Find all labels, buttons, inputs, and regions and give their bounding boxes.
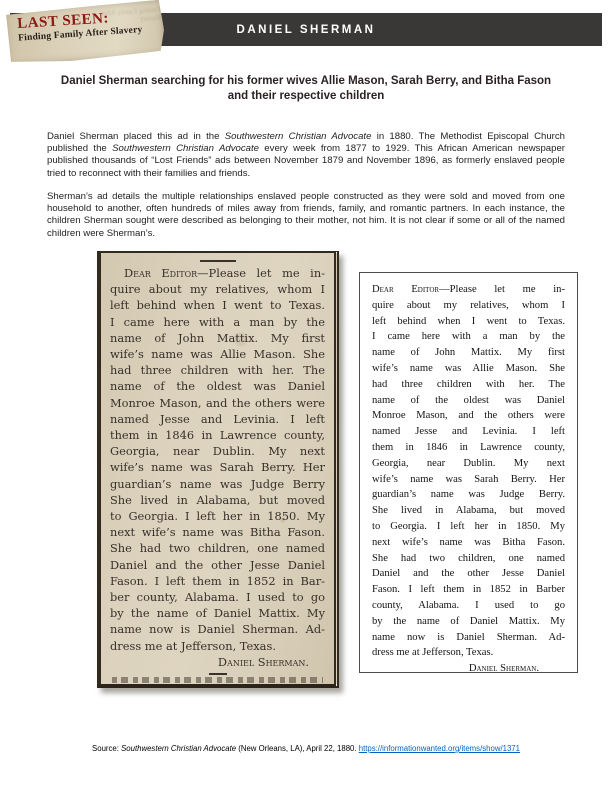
text-line: She lived in Alabama, but moved: [110, 492, 325, 508]
clipping-top-rule: [200, 260, 236, 262]
newspaper-clipping-scan: Dear Editor—Please let me in-quire about…: [97, 251, 339, 688]
text-line: wife’s name was Allie Mason. She: [110, 346, 325, 362]
text-line: guardian’s name was Judge Berry.: [372, 487, 565, 503]
text-line: Georgia, near Dublin. My next: [110, 443, 325, 459]
text-line: Monroe Mason, and the others were: [110, 395, 325, 411]
last-seen-logo: Finding Family After Slavery LAST SEEN: …: [4, 0, 165, 65]
text-line: I came here with a man by the: [110, 314, 325, 330]
page-title-line-1: Daniel Sherman searching for his former …: [36, 74, 576, 89]
text-line: county, Alabama. I used to go: [372, 598, 565, 614]
text-line: by the name of Daniel Mattix. My: [372, 614, 565, 630]
text-line: had three children with her. The: [110, 362, 325, 378]
text-line: I came here with a man by the: [372, 329, 565, 345]
text-line: ber county, Alabama. I used to go: [110, 589, 325, 605]
text-line: She had two children, one named: [372, 551, 565, 567]
text-line: Fason. I left them in 1852 in Barber: [372, 582, 565, 598]
text-line: dress me at Jefferson, Texas.: [110, 638, 325, 654]
text-line: by the name of Daniel Mattix. My: [110, 605, 325, 621]
text-line: name now is Daniel Sherman. Ad-: [110, 621, 325, 637]
text-line: Fason. I left them in 1852 in Bar-: [110, 573, 325, 589]
page-title: Daniel Sherman searching for his former …: [36, 74, 576, 104]
source-link[interactable]: https://informationwanted.org/items/show…: [359, 744, 520, 753]
text-line: wife’s name was Allie Mason. She: [372, 361, 565, 377]
text-line: left behind when I went to Texas.: [110, 297, 325, 313]
text-line: wife’s name was Sarah Berry. Her: [372, 472, 565, 488]
text-line: Monroe Mason, and the others were: [372, 408, 565, 424]
transcription-text: Dear Editor—Please let me in-quire about…: [372, 282, 565, 673]
text-line: them in 1846 in Lawrence county,: [372, 440, 565, 456]
source-citation-text: Source: Southwestern Christian Advocate …: [92, 744, 359, 753]
text-line: next wife’s name was Bitha Fason.: [110, 524, 325, 540]
text-line: Daniel Sherman.: [372, 661, 565, 673]
text-line: She lived in Alabama, but moved: [372, 503, 565, 519]
source-citation: Source: Southwestern Christian Advocate …: [0, 744, 612, 753]
text-line: named Jesse and Levinia. I left: [110, 411, 325, 427]
text-line: to Georgia. I left her in 1850. My: [372, 519, 565, 535]
clipping-bottom-rule: [209, 673, 227, 675]
clipping-text: Dear Editor—Please let me in-quire about…: [110, 265, 325, 670]
text-line: to Georgia. I left her in 1850. My: [110, 508, 325, 524]
text-line: quire about my relatives, whom I: [372, 298, 565, 314]
transcription-box: Dear Editor—Please let me in-quire about…: [359, 272, 578, 673]
text-line: name of John Mattix. My first: [110, 330, 325, 346]
text-line: name of the oldest was Daniel: [110, 378, 325, 394]
text-line: Georgia, near Dublin. My next: [372, 456, 565, 472]
text-line: Dear Editor—Please let me in-: [372, 282, 565, 298]
text-line: them in 1846 in Lawrence county,: [110, 427, 325, 443]
text-line: Daniel and the other Jesse Daniel: [372, 566, 565, 582]
text-line: quire about my relatives, whom I: [110, 281, 325, 297]
text-line: name of John Mattix. My first: [372, 345, 565, 361]
text-line: She had two children, one named: [110, 540, 325, 556]
intro-paragraph-1: Daniel Sherman placed this ad in the Sou…: [47, 131, 565, 181]
page-title-line-2: and their respective children: [36, 89, 576, 104]
header-person-name: DANIEL SHERMAN: [237, 24, 376, 36]
text-line: guardian’s name was Judge Berry: [110, 476, 325, 492]
text-line: name now is Daniel Sherman. Ad-: [372, 630, 565, 646]
intro-paragraph-2: Sherman’s ad details the multiple relati…: [47, 191, 565, 241]
text-line: left behind when I went to Texas.: [372, 314, 565, 330]
text-line: had three children with her. The: [372, 377, 565, 393]
text-line: next wife’s name was Bitha Fason.: [372, 535, 565, 551]
text-line: wife’s name was Sarah Berry. Her: [110, 459, 325, 475]
text-line: Daniel and the other Jesse Daniel: [110, 557, 325, 573]
text-line: Daniel Sherman.: [110, 654, 325, 670]
text-line: dress me at Jefferson, Texas.: [372, 645, 565, 661]
text-line: name of the oldest was Daniel: [372, 393, 565, 409]
page: { "header": { "title": "DANIEL SHERMAN" …: [0, 0, 612, 792]
text-line: Dear Editor—Please let me in-: [110, 265, 325, 281]
clipping-cutoff-next-ad-decor: [112, 677, 323, 683]
text-line: named Jesse and Levinia. I left: [372, 424, 565, 440]
